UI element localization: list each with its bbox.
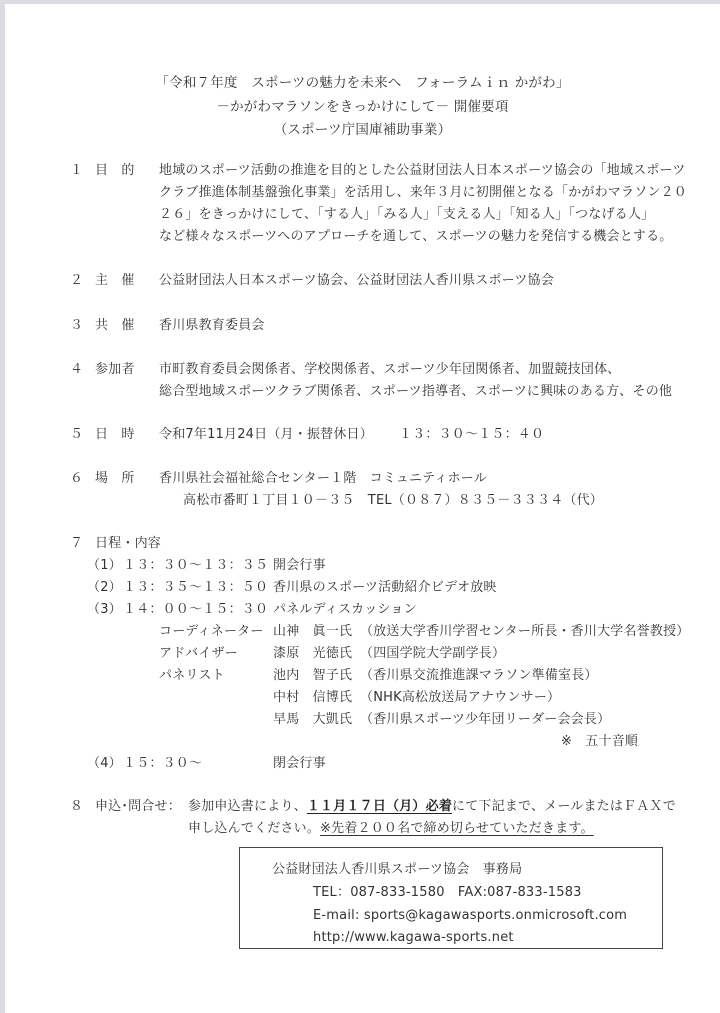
panel-4-affiliation: （NHK高松放送局アナウンサー） bbox=[360, 690, 560, 706]
section-3-number: ３ bbox=[70, 318, 83, 334]
section-6-label: 場 所 bbox=[95, 471, 135, 487]
section-2-number: ２ bbox=[70, 273, 83, 289]
application-intro: 参加申込書により、 bbox=[188, 799, 307, 814]
section-2-text: 公益財団法人日本スポーツ協会、公益財団法人香川県スポーツ協会 bbox=[159, 273, 554, 289]
panel-2-affiliation: （四国学院大学副学長） bbox=[360, 646, 505, 662]
panel-4-name: 中村 信博氏 bbox=[273, 690, 352, 706]
section-8-line-2: 申し込んでください。※先着２００名で締め切らせていただきます。 bbox=[188, 821, 594, 837]
section-8-line-1: 参加申込書により、１１月１７日（月）必着にて下記まで、メールまたはＦＡＸで bbox=[188, 799, 676, 815]
panel-3-role: パネリスト bbox=[159, 668, 225, 684]
section-5-time: １３：３０～１５：４０ bbox=[399, 427, 544, 443]
schedule-4-no: （4） bbox=[87, 756, 122, 772]
section-4-label: 参加者 bbox=[95, 362, 135, 378]
panel-2-name: 漆原 光徳氏 bbox=[273, 646, 352, 662]
section-5-number: ５ bbox=[70, 427, 83, 443]
section-1-label: 目 的 bbox=[95, 163, 135, 179]
panel-1-role: コーディネーター bbox=[159, 624, 264, 640]
panel-order-note: ※ 五十音順 bbox=[561, 734, 638, 750]
capacity-note: ※先着２００名で締め切らせていただきます。 bbox=[320, 821, 594, 836]
section-3-text: 香川県教育委員会 bbox=[159, 318, 265, 334]
schedule-2-time: １３：３５～１３：５０ bbox=[123, 580, 268, 596]
section-4-line-1: 市町教育委員会関係者、学校関係者、スポーツ少年団関係者、加盟競技団体、 bbox=[159, 362, 620, 378]
contact-tel-fax: TEL：087-833-1580 FAX:087-833-1583 bbox=[313, 885, 582, 901]
schedule-1-no: （1） bbox=[87, 558, 122, 574]
schedule-4-content: 閉会行事 bbox=[273, 756, 326, 772]
application-deadline: １１月１７日（月）必着 bbox=[307, 799, 452, 814]
contact-box: 公益財団法人香川県スポーツ協会 事務局 TEL：087-833-1580 FAX… bbox=[239, 847, 663, 949]
section-1-line-4: など様々なスポーツへのアプローチを通して、スポーツの魅力を発信する機会とする。 bbox=[159, 229, 673, 245]
panel-5-affiliation: （香川県スポーツ少年団リーダー会会長） bbox=[360, 712, 610, 728]
document-page: 「令和７年度 スポーツの魅力を未来へ フォーラムｉｎ かがわ」 －かがわマラソン… bbox=[5, 4, 720, 1013]
section-7-label: 日程・内容 bbox=[95, 536, 161, 552]
panel-2-role: アドバイザー bbox=[159, 646, 238, 662]
panel-1-affiliation: （放送大学香川学習センター所長・香川大学名誉教授） bbox=[360, 624, 689, 640]
contact-org: 公益財団法人香川県スポーツ協会 事務局 bbox=[272, 862, 522, 878]
schedule-4-time: １５：３０～ bbox=[123, 756, 202, 772]
panel-3-name: 池内 智子氏 bbox=[273, 668, 352, 684]
schedule-2-content: 香川県のスポーツ活動紹介ビデオ放映 bbox=[273, 580, 497, 596]
application-method: にて下記まで、メールまたはＦＡＸで bbox=[452, 799, 676, 814]
contact-email[interactable]: E-mail: sports@kagawasports.onmicrosoft.… bbox=[313, 908, 627, 924]
schedule-3-time: １４：００～１５：３０ bbox=[123, 602, 268, 618]
section-4-line-2: 総合型地域スポーツクラブ関係者、スポーツ指導者、スポーツに興味のある方、その他 bbox=[159, 384, 672, 400]
section-6-venue: 香川県社会福祉総合センター１階 コミュニティホール bbox=[159, 471, 487, 487]
schedule-3-no: （3） bbox=[87, 602, 122, 618]
contact-url[interactable]: http://www.kagawa-sports.net bbox=[313, 930, 514, 946]
section-8-label: 申込･問合せ： bbox=[95, 799, 181, 815]
title-line-2: －かがわマラソンをきっかけにして－ 開催要項 bbox=[5, 99, 720, 115]
section-1-line-1: 地域のスポーツ活動の推進を目的とした公益財団法人日本スポーツ協会の「地域スポーツ bbox=[159, 163, 685, 179]
section-7-number: ７ bbox=[70, 536, 83, 552]
section-2-label: 主 催 bbox=[95, 273, 135, 289]
schedule-3-content: パネルディスカッション bbox=[273, 602, 417, 618]
title-line-3: （スポーツ庁国庫補助事業） bbox=[5, 122, 720, 138]
section-8-number: ８ bbox=[70, 799, 83, 815]
section-6-address: 高松市番町１丁目１０－３５ TEL（０８７）８３５－３３３４（代） bbox=[183, 493, 603, 509]
schedule-2-no: （2） bbox=[87, 580, 122, 596]
section-5-label: 日 時 bbox=[95, 427, 135, 443]
panel-3-affiliation: （香川県交流推進課マラソン準備室長） bbox=[360, 668, 598, 684]
section-1-number: １ bbox=[70, 163, 83, 179]
application-request: 申し込んでください。 bbox=[188, 821, 320, 836]
title-line-1: 「令和７年度 スポーツの魅力を未来へ フォーラムｉｎ かがわ」 bbox=[5, 75, 720, 91]
section-6-number: ６ bbox=[70, 471, 83, 487]
schedule-1-time: １３：３０～１３：３５ bbox=[123, 558, 268, 574]
panel-5-name: 早馬 大凱氏 bbox=[273, 712, 352, 728]
schedule-1-content: 開会行事 bbox=[273, 558, 326, 574]
panel-1-name: 山神 眞一氏 bbox=[273, 624, 352, 640]
section-1-line-2: クラブ推進体制基盤強化事業」を活用し、来年３月に初開催となる「かがわマラソン２０ bbox=[159, 185, 687, 201]
section-3-label: 共 催 bbox=[95, 318, 135, 334]
section-5-date: 令和7年11月24日（月・振替休日） bbox=[159, 427, 373, 443]
section-1-line-3: ２６」をきっかけにして、「する人」「みる人」「支える人」「知る人」「つなげる人」 bbox=[159, 207, 654, 223]
section-4-number: ４ bbox=[70, 362, 83, 378]
